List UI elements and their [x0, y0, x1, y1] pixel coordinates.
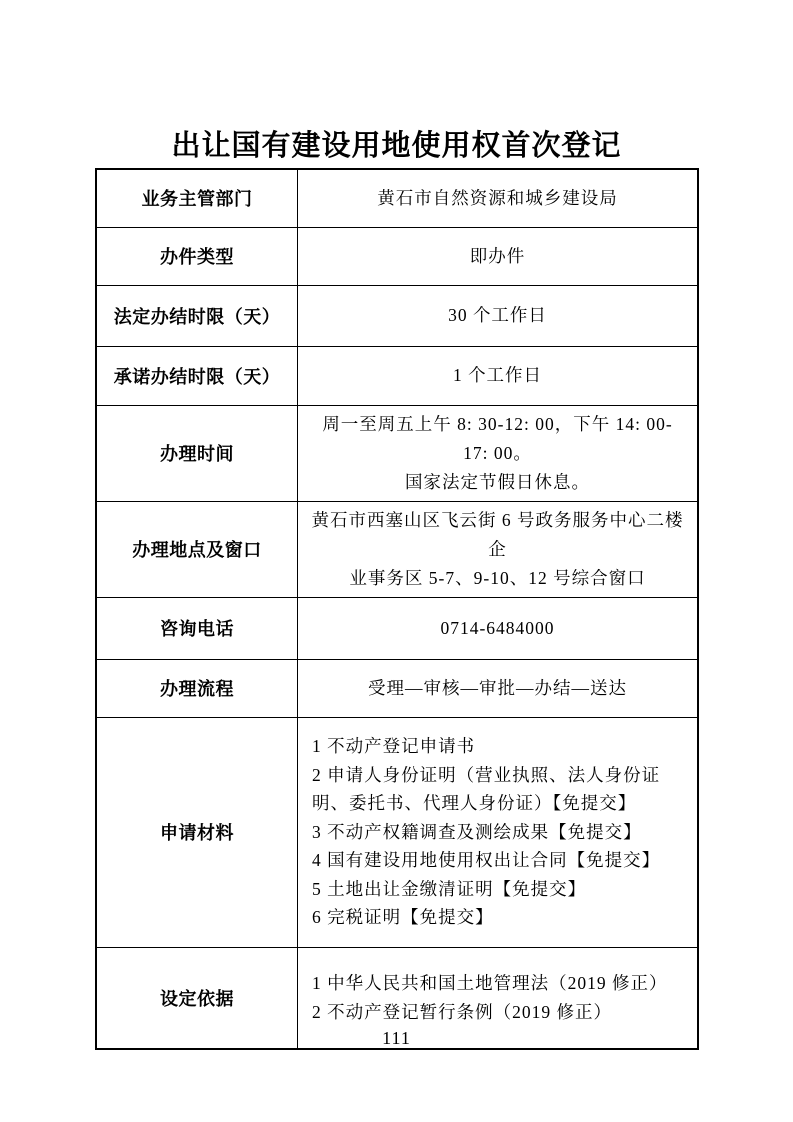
- table-row-item-type: 办件类型 即办件: [96, 227, 698, 285]
- table-row-location-window: 办理地点及窗口 黄石市西塞山区飞云街 6 号政务服务中心二楼企 业事务区 5-7…: [96, 501, 698, 597]
- row-label: 业务主管部门: [96, 169, 298, 227]
- table-row-department: 业务主管部门 黄石市自然资源和城乡建设局: [96, 169, 698, 227]
- value-line: 黄石市西塞山区飞云街 6 号政务服务中心二楼企: [310, 506, 685, 564]
- row-label: 办理流程: [96, 659, 298, 717]
- material-item: 1 不动产登记申请书: [312, 732, 687, 761]
- material-item: 4 国有建设用地使用权出让合同【免提交】: [312, 846, 687, 875]
- row-value: 1 不动产登记申请书 2 申请人身份证明（营业执照、法人身份证明、委托书、代理人…: [298, 717, 699, 947]
- page-number: 111: [0, 1028, 793, 1049]
- value-line: 业事务区 5-7、9-10、12 号综合窗口: [310, 564, 685, 593]
- material-item: 6 完税证明【免提交】: [312, 903, 687, 932]
- row-label: 咨询电话: [96, 597, 298, 659]
- legal-basis-item: 2 不动产登记暂行条例（2019 修正）: [312, 998, 687, 1027]
- table-row-phone: 咨询电话 0714-6484000: [96, 597, 698, 659]
- row-label: 办件类型: [96, 227, 298, 285]
- row-value: 黄石市西塞山区飞云街 6 号政务服务中心二楼企 业事务区 5-7、9-10、12…: [298, 501, 699, 597]
- info-table: 业务主管部门 黄石市自然资源和城乡建设局 办件类型 即办件 法定办结时限（天） …: [95, 168, 699, 1050]
- value-line: 国家法定节假日休息。: [310, 468, 685, 497]
- row-label: 办理时间: [96, 405, 298, 501]
- row-label: 法定办结时限（天）: [96, 285, 298, 346]
- table-row-statutory-time-limit: 法定办结时限（天） 30 个工作日: [96, 285, 698, 346]
- row-label: 申请材料: [96, 717, 298, 947]
- value-line: 周一至周五上午 8: 30-12: 00，下午 14: 00-17: 00。: [310, 410, 685, 468]
- info-table-body: 业务主管部门 黄石市自然资源和城乡建设局 办件类型 即办件 法定办结时限（天） …: [96, 169, 698, 1049]
- row-value: 30 个工作日: [298, 285, 699, 346]
- row-value: 黄石市自然资源和城乡建设局: [298, 169, 699, 227]
- table-row-application-materials: 申请材料 1 不动产登记申请书 2 申请人身份证明（营业执照、法人身份证明、委托…: [96, 717, 698, 947]
- table-row-office-hours: 办理时间 周一至周五上午 8: 30-12: 00，下午 14: 00-17: …: [96, 405, 698, 501]
- row-label: 承诺办结时限（天）: [96, 346, 298, 405]
- row-value: 1 个工作日: [298, 346, 699, 405]
- table-row-process: 办理流程 受理—审核—审批—办结—送达: [96, 659, 698, 717]
- page-title: 出让国有建设用地使用权首次登记: [0, 129, 793, 164]
- material-item: 5 土地出让金缴清证明【免提交】: [312, 875, 687, 904]
- legal-basis-item: 1 中华人民共和国土地管理法（2019 修正）: [312, 969, 687, 998]
- material-item: 2 申请人身份证明（营业执照、法人身份证明、委托书、代理人身份证）【免提交】: [312, 761, 687, 818]
- row-value: 即办件: [298, 227, 699, 285]
- table-row-promised-time-limit: 承诺办结时限（天） 1 个工作日: [96, 346, 698, 405]
- material-item: 3 不动产权籍调查及测绘成果【免提交】: [312, 818, 687, 847]
- row-value: 0714-6484000: [298, 597, 699, 659]
- row-value: 周一至周五上午 8: 30-12: 00，下午 14: 00-17: 00。 国…: [298, 405, 699, 501]
- row-value: 受理—审核—审批—办结—送达: [298, 659, 699, 717]
- row-label: 办理地点及窗口: [96, 501, 298, 597]
